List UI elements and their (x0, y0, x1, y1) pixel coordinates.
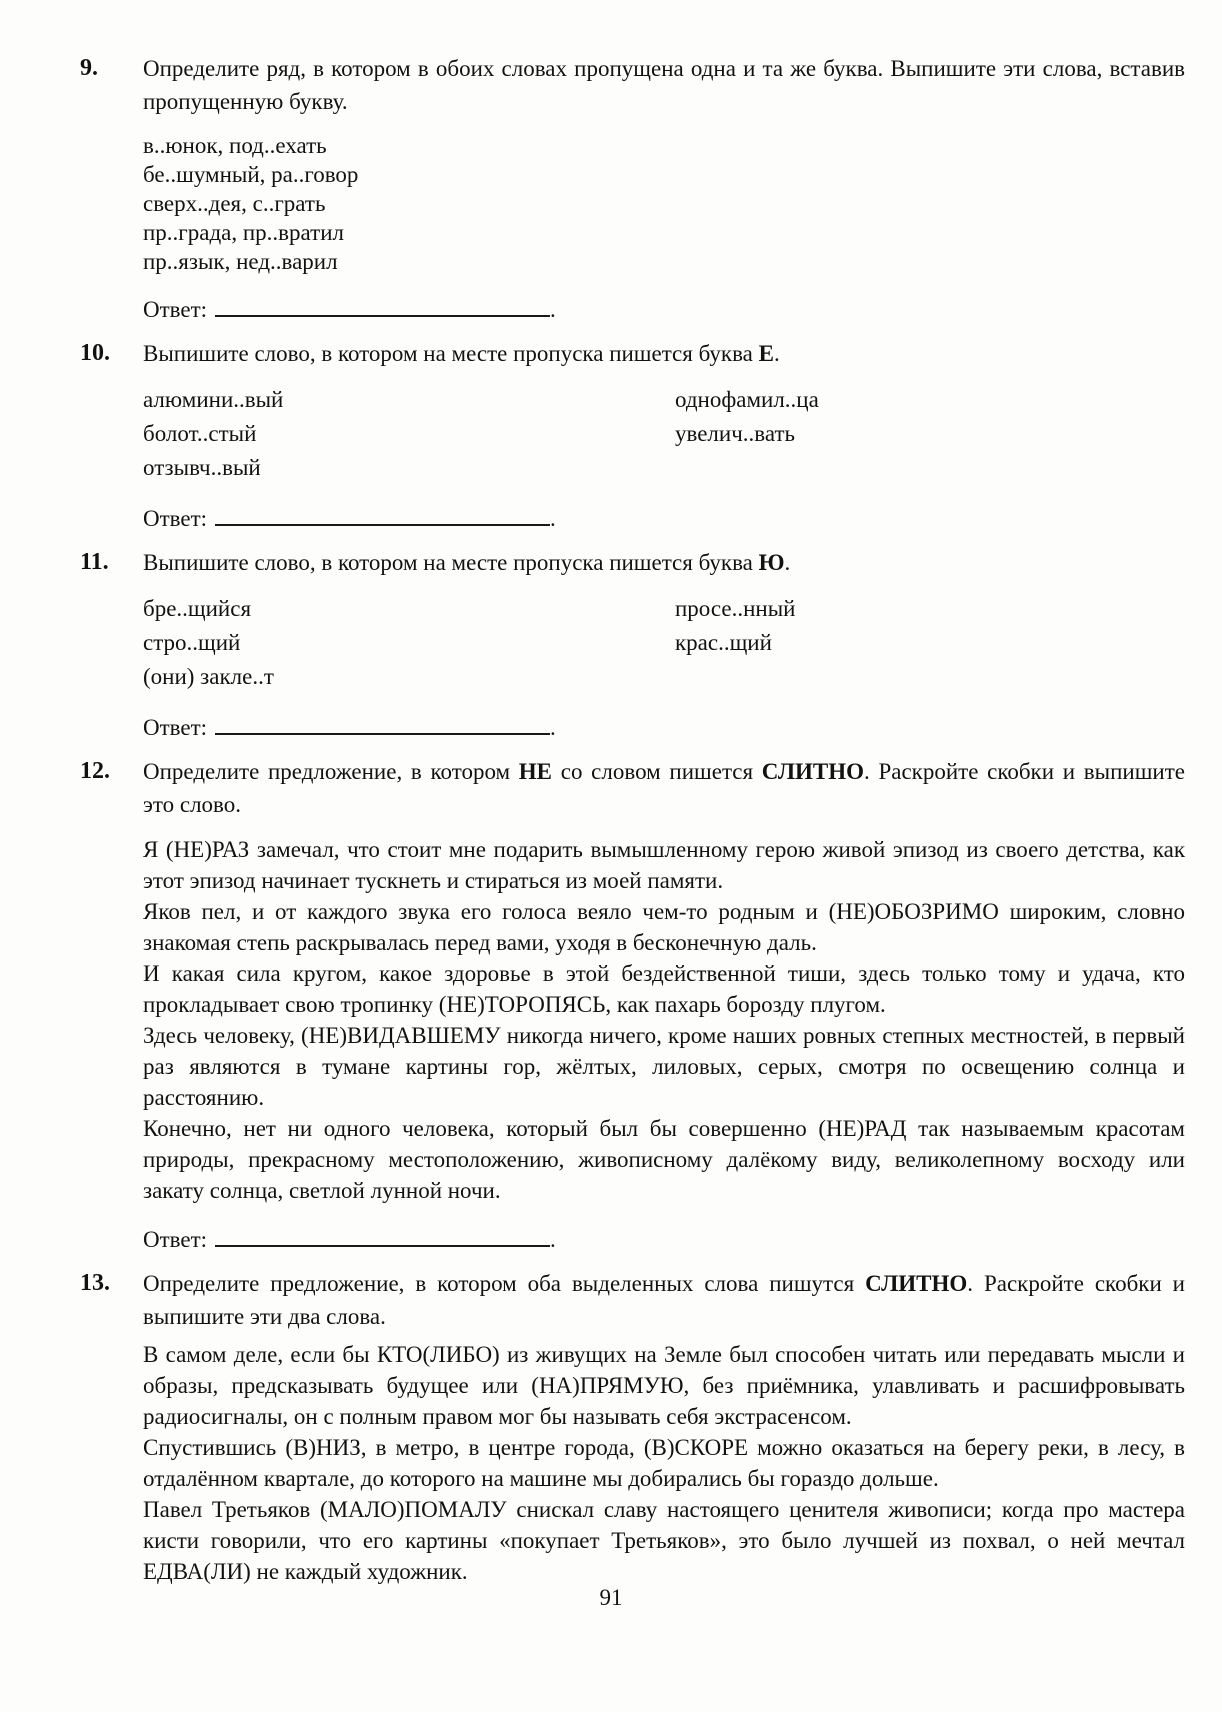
option-item: однофамил..ца (675, 383, 1185, 417)
prompt-text: Определите предложение, в котором (143, 759, 519, 784)
option-item: отзывч..вый (143, 451, 675, 485)
sentence: Здесь человеку, (НЕ)ВИДАВШЕМУ никогда ни… (143, 1020, 1185, 1113)
answer-line: Ответ:. (143, 293, 1185, 325)
sentence: Яков пел, и от каждого звука его голоса … (143, 896, 1185, 958)
option-item: пр..града, пр..вратил (143, 218, 1185, 247)
prompt-bold-term: НЕ (519, 759, 552, 784)
answer-blank (215, 711, 550, 735)
option-item: (они) закле..т (143, 660, 675, 694)
prompt-text: . (774, 341, 780, 366)
answer-period: . (550, 297, 556, 322)
option-item: пр..язык, нед..варил (143, 247, 1185, 276)
sentence: Я (НЕ)РАЗ замечал, что стоит мне подарит… (143, 834, 1185, 896)
answer-period: . (550, 715, 556, 740)
sentence: Павел Третьяков (МАЛО)ПОМАЛУ снискал сла… (143, 1494, 1185, 1587)
option-item: крас..щий (675, 626, 1185, 660)
answer-blank (215, 502, 550, 526)
answer-period: . (550, 506, 556, 531)
prompt-text: Определите предложение, в котором оба вы… (143, 1271, 865, 1296)
answer-period: . (550, 1227, 556, 1252)
option-item: стро..щий (143, 626, 675, 660)
question-prompt: Определите предложение, в котором НЕ со … (143, 755, 1185, 821)
question-prompt: Выпишите слово, в котором на месте пропу… (143, 546, 1185, 579)
question-body: Определите предложение, в котором оба вы… (143, 1267, 1185, 1587)
prompt-bold-term: Е (759, 341, 774, 366)
answer-line: Ответ:. (143, 502, 1185, 534)
option-item: бре..щийся (143, 592, 675, 626)
question-9: 9. Определите ряд, в котором в обоих сло… (80, 52, 1185, 325)
prompt-text: Определите ряд, в котором в обоих словах… (143, 56, 1185, 114)
sentence: И какая сила кругом, какое здоровье в эт… (143, 958, 1185, 1020)
question-number: 12. (80, 755, 143, 1255)
prompt-text: Выпишите слово, в котором на месте пропу… (143, 341, 759, 366)
page-number: 91 (0, 1585, 1222, 1611)
question-number: 9. (80, 52, 143, 325)
question-body: Определите предложение, в котором НЕ со … (143, 755, 1185, 1255)
option-item: болот..стый (143, 417, 675, 451)
answer-label: Ответ: (143, 715, 207, 740)
prompt-text: Выпишите слово, в котором на месте пропу… (143, 550, 759, 575)
option-item: в..юнок, под..ехать (143, 131, 1185, 160)
question-10: 10. Выпишите слово, в котором на месте п… (80, 337, 1185, 534)
options-list-left: алюмини..вый болот..стый отзывч..вый (143, 383, 675, 485)
answer-blank (215, 293, 550, 317)
sentence: Конечно, нет ни одного человека, который… (143, 1113, 1185, 1206)
answer-label: Ответ: (143, 297, 207, 322)
question-body: Определите ряд, в котором в обоих словах… (143, 52, 1185, 325)
options-list: в..юнок, под..ехать бе..шумный, ра..гово… (143, 131, 1185, 276)
answer-label: Ответ: (143, 1227, 207, 1252)
option-item: алюмини..вый (143, 383, 675, 417)
sentence: Спустившись (В)НИЗ, в метро, в центре го… (143, 1432, 1185, 1494)
option-item: сверх..дея, с..грать (143, 189, 1185, 218)
options-columns: алюмини..вый болот..стый отзывч..вый одн… (143, 383, 1185, 485)
question-prompt: Определите ряд, в котором в обоих словах… (143, 52, 1185, 118)
prompt-bold-term: СЛИТНО (762, 759, 864, 784)
option-item: бе..шумный, ра..говор (143, 160, 1185, 189)
question-prompt: Выпишите слово, в котором на месте пропу… (143, 337, 1185, 370)
question-number: 13. (80, 1267, 143, 1587)
prompt-text: . (785, 550, 791, 575)
question-prompt: Определите предложение, в котором оба вы… (143, 1267, 1185, 1333)
options-columns: бре..щийся стро..щий (они) закле..т прос… (143, 592, 1185, 694)
sentence-options: Я (НЕ)РАЗ замечал, что стоит мне подарит… (143, 834, 1185, 1206)
question-number: 10. (80, 337, 143, 534)
question-body: Выпишите слово, в котором на месте пропу… (143, 337, 1185, 534)
options-list-right: просе..нный крас..щий (675, 592, 1185, 694)
answer-label: Ответ: (143, 506, 207, 531)
answer-line: Ответ:. (143, 1223, 1185, 1255)
question-body: Выпишите слово, в котором на месте пропу… (143, 546, 1185, 743)
question-11: 11. Выпишите слово, в котором на месте п… (80, 546, 1185, 743)
prompt-bold-term: Ю (759, 550, 785, 575)
document-page: 9. Определите ряд, в котором в обоих сло… (0, 0, 1222, 1712)
prompt-bold-term: СЛИТНО (865, 1271, 967, 1296)
sentence: В самом деле, если бы КТО(ЛИБО) из живущ… (143, 1339, 1185, 1432)
answer-blank (215, 1223, 550, 1247)
options-list-left: бре..щийся стро..щий (они) закле..т (143, 592, 675, 694)
question-13: 13. Определите предложение, в котором об… (80, 1267, 1185, 1587)
option-item: просе..нный (675, 592, 1185, 626)
options-list-right: однофамил..ца увелич..вать (675, 383, 1185, 485)
answer-line: Ответ:. (143, 711, 1185, 743)
option-item: увелич..вать (675, 417, 1185, 451)
prompt-text: со словом пишется (552, 759, 762, 784)
question-number: 11. (80, 546, 143, 743)
sentence-options: В самом деле, если бы КТО(ЛИБО) из живущ… (143, 1339, 1185, 1587)
question-12: 12. Определите предложение, в котором НЕ… (80, 755, 1185, 1255)
